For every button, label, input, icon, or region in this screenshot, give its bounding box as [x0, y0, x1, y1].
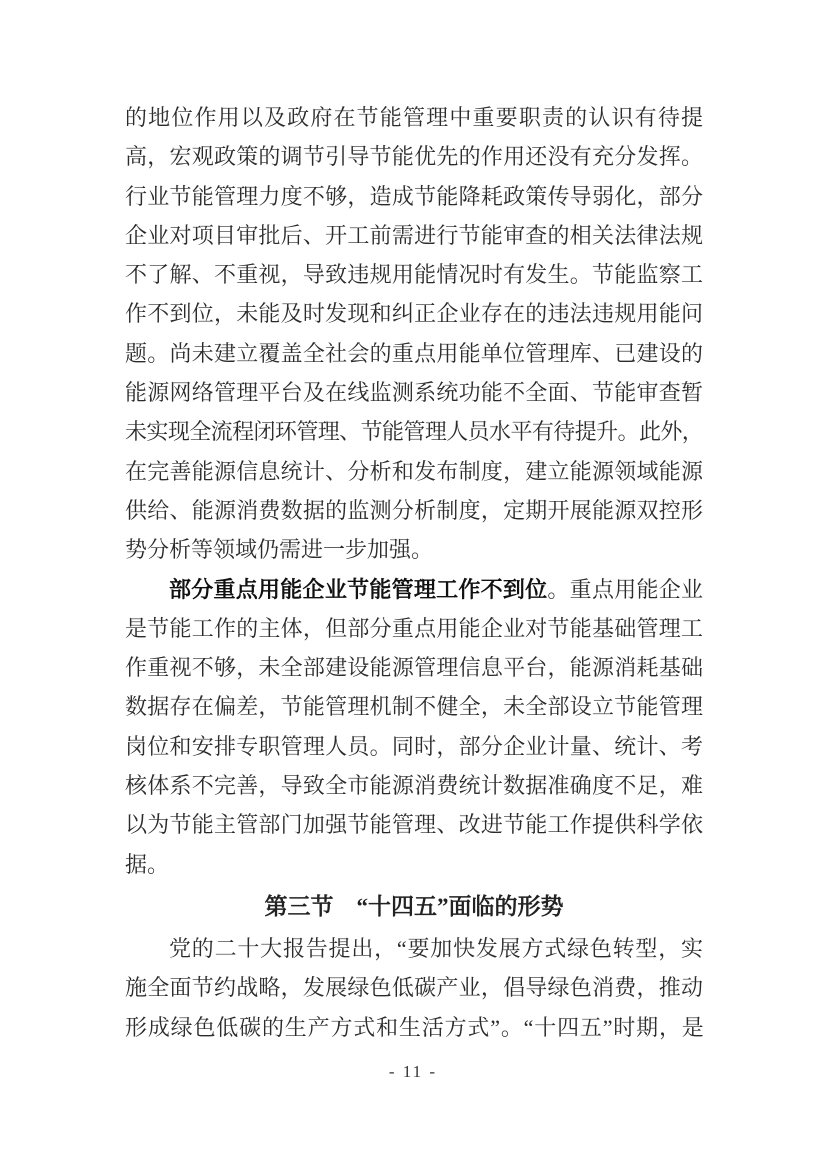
- body-line: 作重视不够，未全部建设能源管理信息平台，能源消耗基础: [125, 648, 703, 687]
- paragraph-lead-line: 部分重点用能企业节能管理工作不到位。重点用能企业: [125, 570, 703, 609]
- body-line: 高，宏观政策的调节引导节能优先的作用还没有充分发挥。: [125, 137, 703, 176]
- page-number: - 11 -: [0, 1062, 826, 1082]
- body-line: 供给、能源消费数据的监测分析制度，定期开展能源双控形: [125, 491, 703, 530]
- body-line: 企业对项目审批后、开工前需进行节能审查的相关法律法规: [125, 216, 703, 255]
- body-line: 不了解、不重视，导致违规用能情况时有发生。节能监察工: [125, 255, 703, 294]
- body-line: 题。尚未建立覆盖全社会的重点用能单位管理库、已建设的: [125, 334, 703, 373]
- body-line: 核体系不完善，导致全市能源消费统计数据准确度不足，难: [125, 766, 703, 805]
- body-line: 在完善能源信息统计、分析和发布制度，建立能源领域能源: [125, 452, 703, 491]
- body-line: 未实现全流程闭环管理、节能管理人员水平有待提升。此外，: [125, 412, 703, 451]
- body-line: 岗位和安排专职管理人员。同时，部分企业计量、统计、考: [125, 727, 703, 766]
- paragraph-lead-bold: 部分重点用能企业节能管理工作不到位: [169, 577, 547, 602]
- body-line: 据。: [125, 845, 703, 884]
- body-text: 的地位作用以及政府在节能管理中重要职责的认识有待提 高，宏观政策的调节引导节能优…: [125, 98, 703, 1047]
- body-line: 作不到位，未能及时发现和纠正企业存在的违法违规用能问: [125, 294, 703, 333]
- body-line: 数据存在偏差，节能管理机制不健全，未全部设立节能管理: [125, 687, 703, 726]
- body-line: 形成绿色低碳的生产方式和生活方式”。“十四五”时期，是: [125, 1008, 703, 1047]
- body-line: 以为节能主管部门加强节能管理、改进节能工作提供科学依: [125, 805, 703, 844]
- body-line: 的地位作用以及政府在节能管理中重要职责的认识有待提: [125, 98, 703, 137]
- body-line: 施全面节约战略，发展绿色低碳产业，倡导绿色消费，推动: [125, 968, 703, 1007]
- body-line: 势分析等领域仍需进一步加强。: [125, 530, 703, 569]
- body-line: 党的二十大报告提出，“要加快发展方式绿色转型，实: [125, 929, 703, 968]
- section-heading: 第三节 “十四五”面临的形势: [125, 884, 703, 929]
- paragraph-lead-rest: 。重点用能企业: [547, 577, 703, 602]
- body-line: 是节能工作的主体，但部分重点用能企业对节能基础管理工: [125, 609, 703, 648]
- body-line: 能源网络管理平台及在线监测系统功能不全面、节能审查暂: [125, 373, 703, 412]
- document-page: 的地位作用以及政府在节能管理中重要职责的认识有待提 高，宏观政策的调节引导节能优…: [0, 0, 826, 1169]
- body-line: 行业节能管理力度不够，造成节能降耗政策传导弱化，部分: [125, 177, 703, 216]
